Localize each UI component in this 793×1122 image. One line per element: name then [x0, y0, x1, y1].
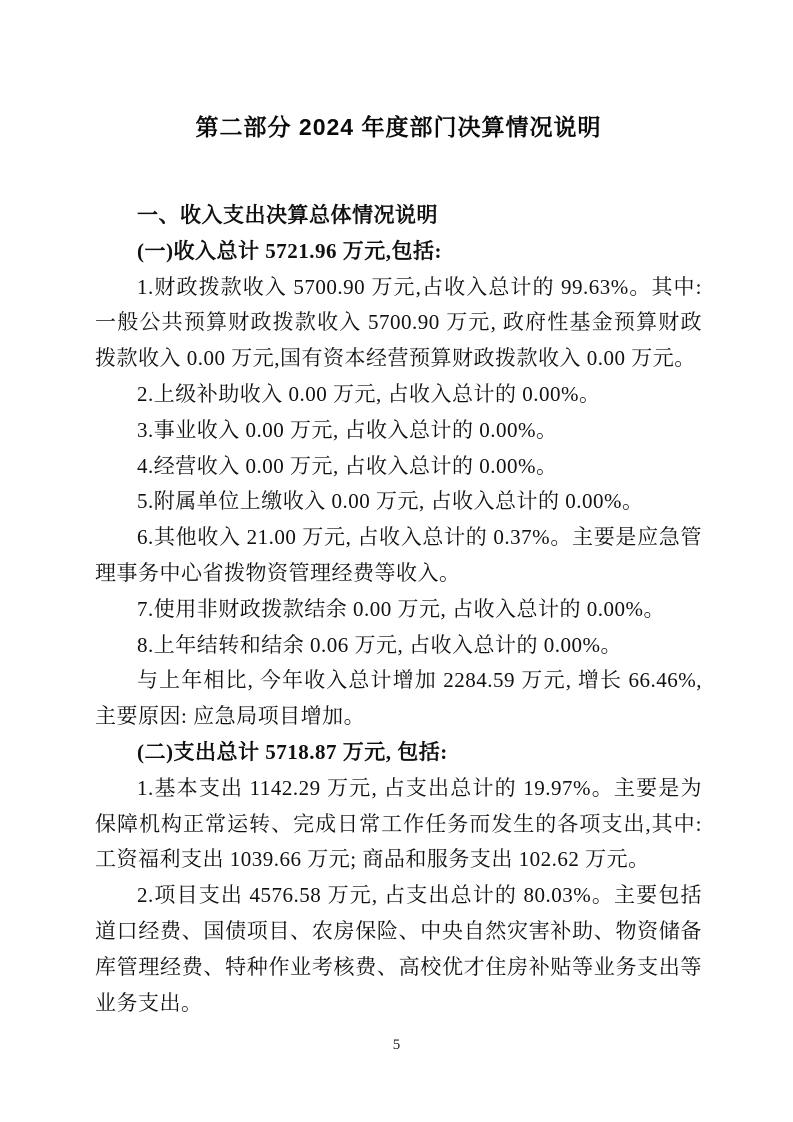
para-expenditure-project: 2.项目支出 4576.58 万元, 占支出总计的 80.03%。主要包括道口经…	[95, 878, 702, 1021]
para-income-year-comparison: 与上年相比, 今年收入总计增加 2284.59 万元, 增长 66.46%,主要…	[95, 663, 702, 735]
para-income-carryover: 8.上年结转和结余 0.06 万元, 占收入总计的 0.00%。	[95, 628, 702, 664]
para-income-superior-subsidy: 2.上级补助收入 0.00 万元, 占收入总计的 0.00%。	[95, 377, 702, 413]
heading-income-expenditure-overview: 一、收入支出决算总体情况说明	[95, 198, 702, 234]
document-body: 一、收入支出决算总体情况说明(一)收入总计 5721.96 万元,包括:1.财政…	[95, 198, 702, 1021]
document-page: 第二部分 2024 年度部门决算情况说明 一、收入支出决算总体情况说明(一)收入…	[0, 0, 793, 1122]
para-income-operating: 4.经营收入 0.00 万元, 占收入总计的 0.00%。	[95, 449, 702, 485]
page-number: 5	[0, 1037, 793, 1054]
para-income-institutional: 3.事业收入 0.00 万元, 占收入总计的 0.00%。	[95, 413, 702, 449]
para-income-non-fiscal-balance: 7.使用非财政拨款结余 0.00 万元, 占收入总计的 0.00%。	[95, 592, 702, 628]
page-title: 第二部分 2024 年度部门决算情况说明	[95, 108, 702, 146]
heading-total-income: (一)收入总计 5721.96 万元,包括:	[95, 234, 702, 270]
page-content: 第二部分 2024 年度部门决算情况说明 一、收入支出决算总体情况说明(一)收入…	[95, 108, 702, 1021]
para-income-subordinate-units: 5.附属单位上缴收入 0.00 万元, 占收入总计的 0.00%。	[95, 484, 702, 520]
para-income-other: 6.其他收入 21.00 万元, 占收入总计的 0.37%。主要是应急管理事务中…	[95, 520, 702, 592]
para-expenditure-basic: 1.基本支出 1142.29 万元, 占支出总计的 19.97%。主要是为保障机…	[95, 771, 702, 878]
para-income-fiscal-appropriation: 1.财政拨款收入 5700.90 万元,占收入总计的 99.63%。其中:一般公…	[95, 270, 702, 377]
heading-total-expenditure: (二)支出总计 5718.87 万元, 包括:	[95, 735, 702, 771]
